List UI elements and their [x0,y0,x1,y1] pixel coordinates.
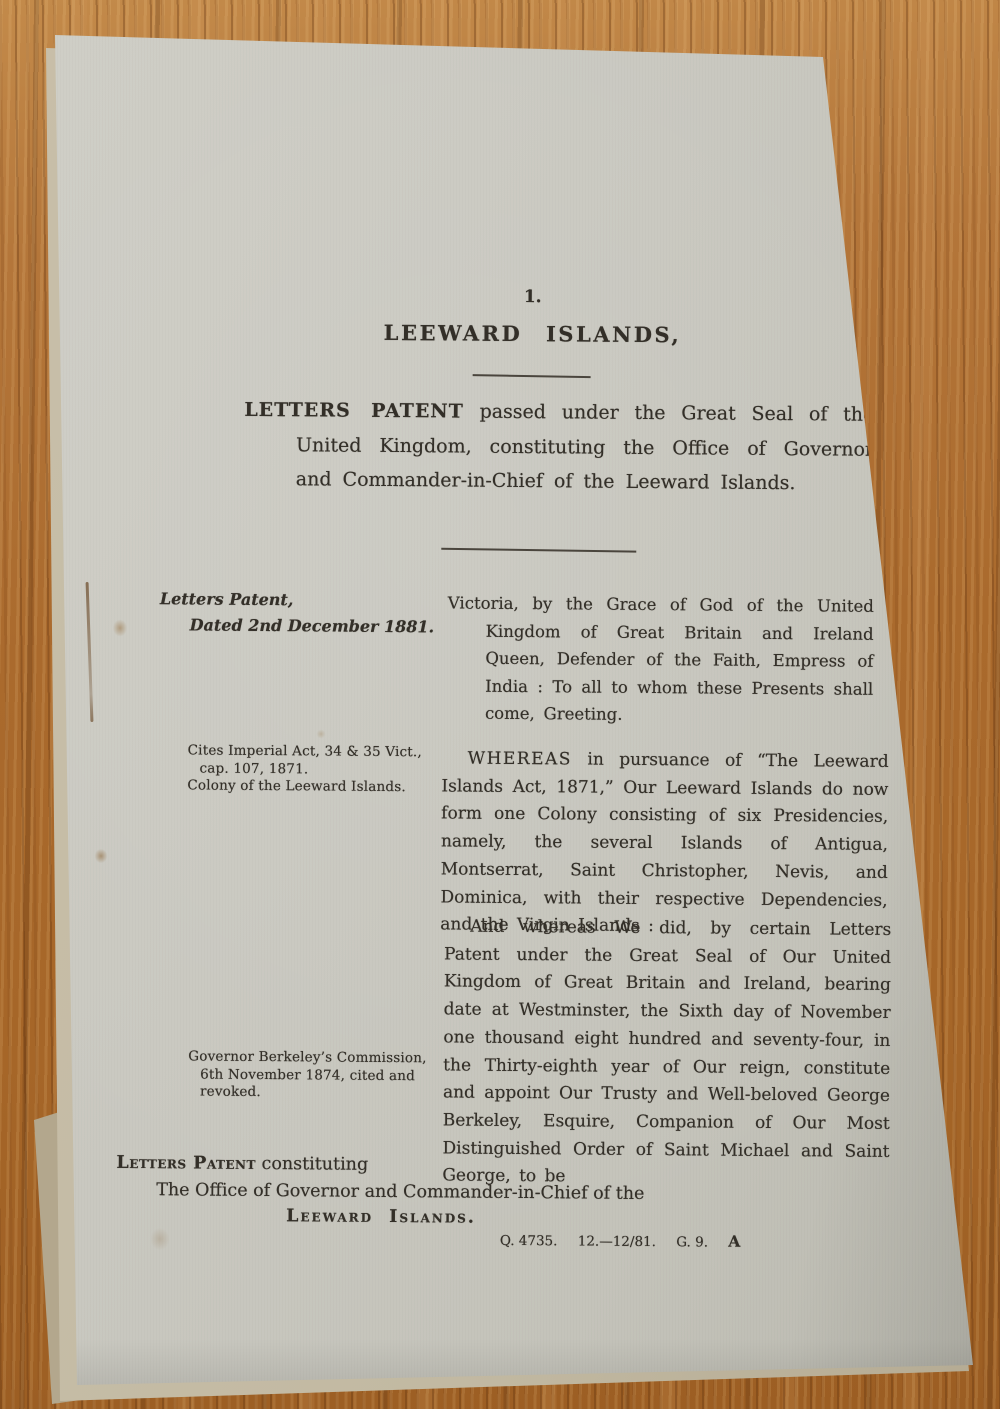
footer-letters-patent: Letters Patent [116,1153,256,1174]
footer-leeward-islands: Leeward Islands. [286,1206,476,1227]
document-title: LEEWARD ISLANDS, [245,319,820,349]
imprint-date-code: 12.—12/81. [578,1233,656,1250]
imprint-gathering: G. 9. [676,1234,708,1250]
footer-half-title-line3: Leeward Islands. [156,1205,606,1229]
section-rule [441,548,636,553]
margin-note-line: Letters Patent, [160,586,450,614]
imprint-ref: Q. 4735. [500,1233,558,1249]
footer-half-title-line1: Letters Patent constituting [116,1153,368,1175]
and-whereas-paragraph: And whereas We did, by certain Letters P… [442,913,891,1194]
margin-note-line: Cites Imperial Act, 34 & 35 Vict., cap. … [187,742,435,779]
photo-of-document: 1. LEEWARD ISLANDS, LETTERS PATENT passe… [0,0,1000,1409]
margin-note-line: Dated 2nd December 1881. [160,612,450,640]
whereas-lead: WHEREAS [468,749,572,770]
whereas-rest: in pursuance of “The Leeward Islands Act… [440,749,888,936]
subject-lead: LETTERS PATENT [244,399,464,423]
margin-note-imperial-act: Cites Imperial Act, 34 & 35 Vict., cap. … [187,742,435,796]
victoria-paragraph: Victoria, by the Grace of God of the Uni… [447,589,874,730]
footer-constituting: constituting [256,1154,368,1175]
margin-note-line: Colony of the Leeward Islands. [187,777,435,796]
imprint-signature: A [728,1232,740,1251]
margin-note-letters-patent: Letters Patent, Dated 2nd December 1881. [160,586,450,640]
margin-note-berkeley-commission: Governor Berkeley’s Commission, 6th Nove… [188,1048,442,1102]
printers-imprint: Q. 4735. 12.—12/81. G. 9. A [500,1230,741,1251]
page-number: 1. [245,285,820,310]
footer-half-title-line2: The Office of Governor and Commander-in-… [156,1180,644,1204]
subject-paragraph: LETTERS PATENT passed under the Great Se… [244,393,875,501]
title-rule [473,374,591,378]
